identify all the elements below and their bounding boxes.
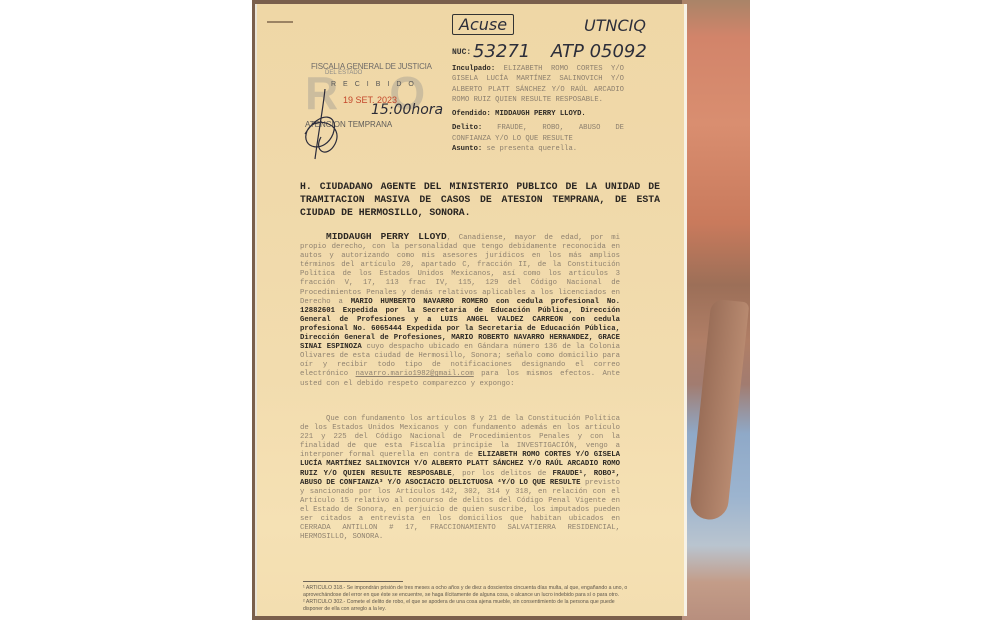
signature-icon	[295, 89, 355, 169]
ofendido-label: Ofendido:	[452, 110, 491, 118]
complaint-document: Acuse UTNCIQ NUC: 53271 ATP 05092 R O FI…	[255, 4, 687, 616]
footnote-1: ¹ ARTICULO 318.- Se impondrán prisión de…	[303, 585, 633, 599]
footnotes: ¹ ARTICULO 318.- Se impondrán prisión de…	[303, 585, 633, 613]
paragraph-complaint: Que con fundamento los artículos 8 y 21 …	[300, 415, 620, 542]
paragraph2-text-c: previsto y sancionado por los Artículos …	[300, 479, 620, 542]
document-photo: Acuse UTNCIQ NUC: 53271 ATP 05092 R O FI…	[252, 0, 750, 620]
nuc-label: NUC:	[452, 48, 471, 57]
nuc-number: 53271	[473, 41, 530, 62]
atp-number: ATP 05092	[551, 41, 647, 62]
addressee-heading: H. CIUDADANO AGENTE DEL MINISTERIO PUBLI…	[300, 180, 660, 219]
asunto-label: Asunto:	[452, 145, 482, 153]
pen-mark	[267, 21, 293, 23]
footnote-divider	[303, 581, 403, 582]
complainant-name: MIDDAUGH PERRY LLOYD	[326, 231, 447, 242]
acuse-handwritten-label: Acuse	[452, 14, 514, 35]
footnote-2: ² ARTICULO 302.- Comete el delito de rob…	[303, 599, 633, 613]
stamp-recibido: RECIBIDO	[331, 81, 421, 88]
paragraph1-text-a: , Canadiense, mayor de edad, por mi prop…	[300, 234, 620, 306]
case-header: Inculpado: ELIZABETH ROMO CORTES Y/O GIS…	[452, 64, 624, 154]
stamp-state: DEL ESTADO	[325, 70, 362, 76]
paragraph-introduction: MIDDAUGH PERRY LLOYD, Canadiense, mayor …	[300, 232, 620, 389]
paragraph2-text-b: , por los delitos de	[452, 470, 553, 478]
inculpado-label: Inculpado:	[452, 65, 495, 73]
unit-handwritten-label: UTNCIQ	[584, 16, 646, 35]
stamp-time: 15:00hora	[371, 102, 443, 118]
ofendido-value: MIDDAUGH PERRY LLOYD.	[495, 110, 586, 118]
email-link[interactable]: navarro.mario1982@gmail.com	[356, 370, 474, 378]
asunto-value: se presenta querella.	[487, 145, 578, 153]
delito-label: Delito:	[452, 124, 482, 132]
